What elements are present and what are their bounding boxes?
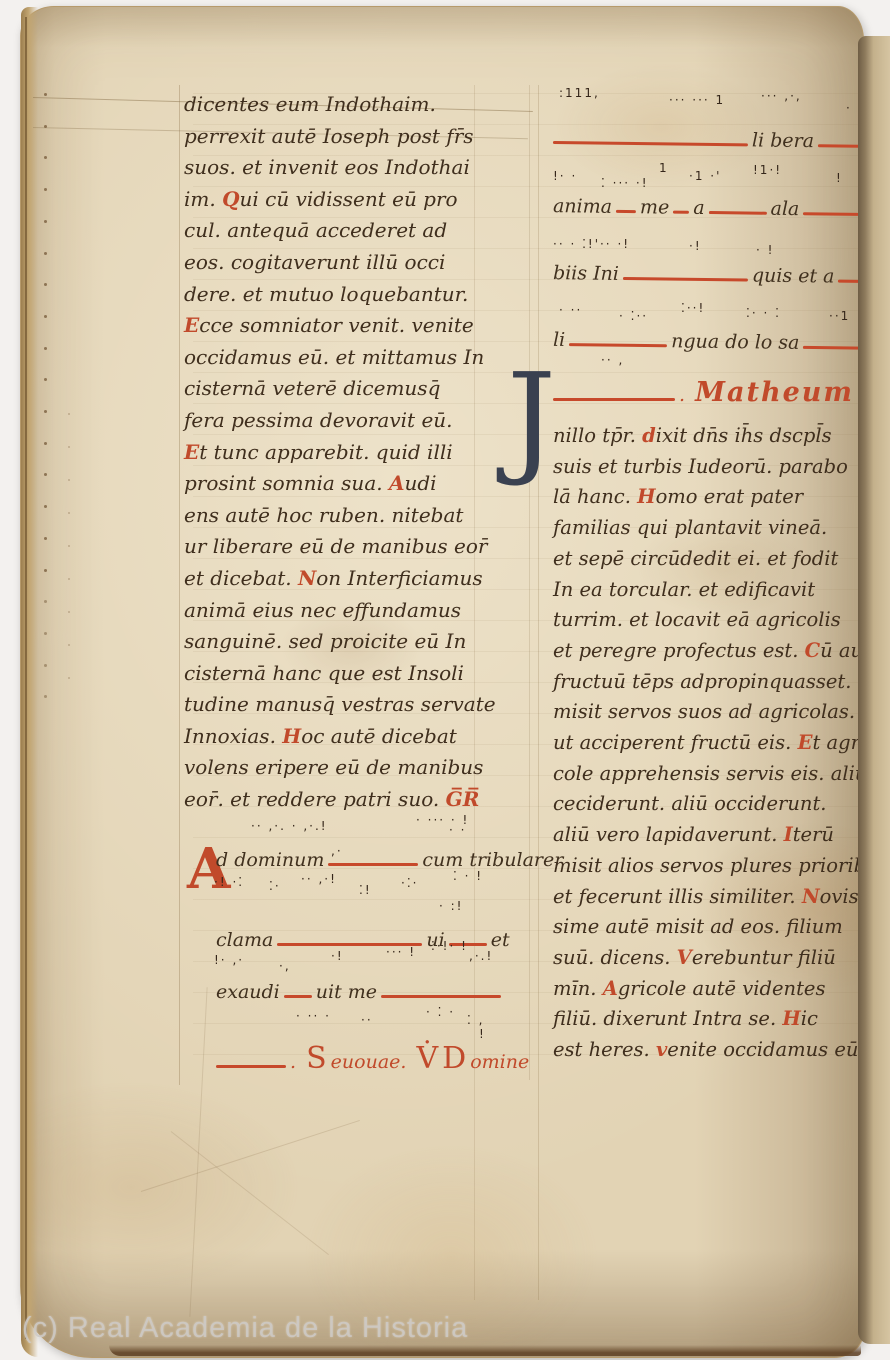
manuscript-text-line: cul. antequā accederet ad — [184, 215, 496, 247]
text-segment: cce somniator venit. venite — [199, 313, 474, 337]
pricking-hole — [44, 695, 47, 698]
chant-syllable: uit me — [316, 981, 377, 1003]
chant-syllable: a — [693, 197, 705, 219]
manuscript-text-line: cole apprehensis servis eis. aliū — [553, 759, 889, 790]
chant-music-line: lingua do lo sa — [551, 329, 890, 355]
neume-cluster: ·⁚· — [401, 876, 418, 890]
pricking-hole — [44, 252, 47, 255]
neume-cluster: ⁚·!· ! — [431, 939, 468, 953]
text-segment: ens autē hoc ruben. nitebat — [184, 503, 463, 527]
neume-cluster: ·· ,·! — [301, 872, 337, 886]
neume-cluster: ⁚ ··· ·! — [601, 176, 649, 190]
pricking-hole — [44, 664, 47, 667]
staff-extender-line — [673, 211, 689, 214]
rubricated-initial: H — [282, 724, 301, 748]
manuscript-text-line: fera pessima devoravit eū. — [184, 405, 496, 437]
rubricated-initial: H — [637, 485, 655, 508]
crease-line — [141, 1120, 360, 1192]
neume-cluster: :111, — [559, 86, 600, 100]
text-segment: omo erat pater — [656, 485, 804, 508]
neume-cluster: · ·· — [559, 303, 582, 317]
staff-extender-line — [328, 863, 418, 866]
neume-cluster: ·· ,·. · ,·.! — [251, 819, 328, 833]
text-segment: fera pessima devoravit eū. — [184, 408, 453, 432]
rubricated-initial: C — [805, 639, 821, 662]
chant-syllable: . — [679, 384, 691, 406]
neume-cluster: ⁚· · ⁚ — [746, 306, 781, 320]
chant-syllable: . — [290, 1051, 302, 1073]
chant-syllable: euouae. — [331, 1051, 413, 1073]
pricking-hole — [44, 600, 47, 603]
neume-cluster: ! — [479, 1027, 486, 1041]
pricking-hole — [44, 315, 47, 318]
manuscript-text-line: perrexit autē Ioseph post fr̄s — [184, 121, 496, 153]
text-segment: on Interficiamus — [316, 566, 482, 590]
neume-cluster: ! — [836, 171, 843, 185]
text-segment: animā eius nec effundamus — [184, 598, 461, 622]
neume-cluster: 1 — [659, 161, 669, 175]
rubricated-initial: Q — [222, 187, 239, 211]
pricking-hole — [68, 578, 70, 580]
chant-syllable: S — [306, 1041, 327, 1076]
neume-cluster: ·· · ⁚!'·· ·! — [553, 237, 630, 251]
manuscript-text-line: et fecerunt illis similiter. Novis — [553, 882, 889, 913]
text-segment: sime autē misit ad eos. filium — [553, 915, 843, 938]
manuscript-text-line: et dicebat. Non Interficiamus — [184, 563, 496, 595]
manuscript-text-line: dicentes eum Indothaim. — [184, 89, 496, 121]
text-segment: suos. et invenit eos Indothai — [184, 155, 470, 179]
pricking-hole — [44, 347, 47, 350]
pricking-hole — [44, 188, 47, 191]
text-segment: turrim. et locavit eā agricolis — [553, 608, 841, 631]
chant-music-line: biis Iniquis et a — [551, 262, 863, 288]
column-rule-left — [179, 85, 180, 1085]
manuscript-text-line: mīn. Agricole autē videntes — [553, 974, 889, 1005]
neume-cluster: ·1 ·' — [689, 169, 721, 183]
text-segment: ovis — [820, 885, 859, 908]
text-segment: cisternā hanc que est Insoli — [184, 661, 464, 685]
manuscript-text-line: occidamus eū. et mittamus In — [184, 342, 496, 374]
rubricated-initial: V — [677, 946, 692, 969]
chant-syllable: omine — [470, 1051, 529, 1073]
text-segment: suis et turbis Iudeorū. parabo — [553, 455, 848, 478]
manuscript-text-line: suū. dicens. Verebuntur filiū — [553, 943, 889, 974]
pricking-hole — [44, 569, 47, 572]
neume-cluster: ·· — [361, 1013, 373, 1027]
text-segment: enite occidamus eū. — [667, 1038, 864, 1061]
rubricated-initial: E — [184, 440, 199, 464]
manuscript-text-line: cisternā hanc que est Insoli — [184, 658, 496, 690]
text-segment: t tunc apparebit. quid illi — [199, 440, 452, 464]
neume-cluster: · ·· · — [296, 1009, 331, 1023]
chant-music-line: . Seuouae. V̇Domine — [214, 1041, 531, 1076]
text-segment: lā hanc. — [553, 485, 637, 508]
gospel-initial-j: J — [507, 357, 556, 479]
chant-music-line: d dominumcum tribularer — [214, 849, 565, 871]
neume-cluster: ·! — [689, 239, 702, 253]
manuscript-text-line: aliū vero lapidaverunt. Iterū — [553, 820, 889, 851]
text-segment: mīn. — [553, 977, 603, 1000]
neume-cluster: ·, — [279, 959, 291, 973]
chant-syllable: exaudi — [216, 981, 280, 1003]
text-segment: volens eripere eū de manibus — [184, 755, 483, 779]
text-segment: oc autē dicebat — [301, 724, 457, 748]
manuscript-text-line: ur liberare eū de manibus eor̄ — [184, 531, 496, 563]
neume-cluster: ⁚! — [359, 883, 372, 897]
text-segment: ut acciperent fructū eis. — [553, 731, 798, 754]
manuscript-text-line: eor̄. et reddere patri suo. G̅R̅ — [184, 784, 496, 816]
manuscript-text-line: misit servos suos ad agricolas. — [553, 697, 889, 728]
chant-music-line: animameaala — [551, 195, 862, 221]
staff-extender-line — [381, 995, 501, 998]
staff-extender-line — [569, 343, 667, 347]
manuscript-text-line: Innoxias. Hoc autē dicebat — [184, 721, 496, 753]
neume-cluster: ·! ·⁚ — [214, 875, 244, 889]
manuscript-text-line: prosint somnia sua. Audi — [184, 468, 496, 500]
neume-cluster: ··1 — [829, 309, 850, 323]
manuscript-text-line: familias qui plantavit vineā. — [553, 513, 889, 544]
chant-syllable: et — [491, 929, 510, 951]
rubricated-initial: A — [603, 977, 618, 1000]
rubricated-initial: d — [642, 424, 656, 447]
text-segment: aliū vero lapidaverunt. — [553, 823, 784, 846]
text-segment: ui cū vidissent eū pro — [240, 187, 458, 211]
pricking-hole — [68, 644, 70, 646]
neume-cluster: · ⁚ · — [426, 1005, 455, 1019]
neume-cluster: ,· — [331, 844, 343, 858]
rubricated-initial: E — [184, 313, 199, 337]
manuscript-page: dicentes eum Indothaim.perrexit autē Ios… — [20, 6, 864, 1358]
pricking-hole — [68, 677, 70, 679]
text-segment: cisternā veterē dicemusq̄ — [184, 376, 440, 400]
manuscript-text-line: filiū. dixerunt Intra se. Hic — [553, 1004, 889, 1035]
text-segment: ceciderunt. aliū occiderunt. — [553, 792, 827, 815]
text-segment: et peregre profectus est. — [553, 639, 805, 662]
manuscript-text-line: est heres. venite occidamus eū. — [553, 1035, 889, 1066]
staff-extender-line — [284, 995, 312, 998]
text-segment: fructuū tēps adpropinquasset. — [553, 670, 851, 693]
neume-cluster: · ! — [756, 243, 774, 257]
neume-cluster: ··· ! — [386, 945, 416, 959]
neume-cluster: ··· ,·, — [761, 89, 802, 103]
manuscript-text-line: im. Qui cū vidissent eū pro — [184, 184, 496, 216]
text-segment: ixit dn̄s ih̄s dscpl̄s — [656, 424, 832, 447]
manuscript-text-line: Ecce somniator venit. venite — [184, 310, 496, 342]
chant-syllable: d dominum — [216, 849, 324, 871]
staff-extender-line — [553, 398, 675, 401]
text-segment: misit alios servos plures prioribus — [553, 854, 889, 877]
manuscript-text-line: turrim. et locavit eā agricolis — [553, 605, 889, 636]
book-fore-edge — [21, 7, 38, 1357]
crease-line — [189, 987, 207, 1317]
manuscript-text-line: et sepē circūdedit ei. et fodit — [553, 544, 889, 575]
rubricated-initial: H — [782, 1007, 800, 1030]
left-column-text: dicentes eum Indothaim.perrexit autē Ios… — [184, 89, 496, 816]
manuscript-text-line: dere. et mutuo loquebantur. — [184, 279, 496, 311]
text-segment: occidamus eū. et mittamus In — [184, 345, 484, 369]
manuscript-text-line: sanguinē. sed proicite eū In — [184, 626, 496, 658]
manuscript-text-line: nillo tp̄r. dixit dn̄s ih̄s dscpl̄s — [553, 421, 889, 452]
rubricated-initial: G̅R̅ — [446, 787, 480, 811]
copyright-watermark: (c) Real Academia de la Historia — [22, 1312, 468, 1345]
neume-cluster: !1·! — [753, 163, 782, 177]
manuscript-text-line: ut acciperent fructū eis. Et agri — [553, 728, 889, 759]
book-fore-edge-line — [25, 17, 27, 1339]
manuscript-text-line: volens eripere eū de manibus — [184, 752, 496, 784]
text-segment: cul. antequā accederet ad — [184, 218, 447, 242]
chant-syllable: quis et a — [752, 265, 835, 288]
gospel-rubric: Matheum — [695, 377, 854, 408]
manuscript-text-line: et peregre profectus est. Cū autē — [553, 636, 889, 667]
neume-cluster: · ⁚·· — [619, 309, 648, 323]
text-segment: et fecerunt illis similiter. — [553, 885, 802, 908]
pricking-hole — [44, 632, 47, 635]
manuscript-text-line: ens autē hoc ruben. nitebat — [184, 500, 496, 532]
text-segment: misit servos suos ad agricolas. — [553, 700, 855, 723]
text-segment: perrexit autē Ioseph post fr̄s — [184, 124, 474, 148]
scan-background: { "watermark": "(c) Real Academia de la … — [0, 0, 890, 1360]
neume-cluster: ··· ··· 1 — [669, 93, 725, 107]
next-page-edge — [858, 36, 890, 1344]
neume-cluster: ·· , — [601, 353, 624, 367]
text-segment: tudine manusq̄ vestras servate — [184, 692, 496, 716]
text-segment: udi — [404, 471, 436, 495]
manuscript-text-line: fructuū tēps adpropinquasset. — [553, 667, 889, 698]
rubricated-initial: N — [298, 566, 316, 590]
pricking-hole — [68, 413, 70, 415]
text-segment: et sepē circūdedit ei. et fodit — [553, 547, 838, 570]
pricking-hole — [44, 156, 47, 159]
column-rule-left-right — [529, 85, 530, 1080]
text-segment: cole apprehensis servis eis. aliū — [553, 762, 867, 785]
manuscript-text-line: cisternā veterē dicemusq̄ — [184, 373, 496, 405]
text-segment: gricole autē videntes — [618, 977, 826, 1000]
text-segment: Innoxias. — [184, 724, 282, 748]
neume-cluster: !· · — [553, 169, 577, 183]
pricking-hole — [68, 545, 70, 547]
pricking-hole — [44, 442, 47, 445]
manuscript-text-line: Et tunc apparebit. quid illi — [184, 437, 496, 469]
neume-cluster: · ··· · ! — [416, 813, 469, 827]
chant-syllable: ala — [770, 198, 799, 220]
chant-syllable: li bera — [752, 129, 814, 152]
pricking-hole — [44, 220, 47, 223]
chant-syllable: D — [442, 1041, 466, 1076]
pricking-hole — [44, 93, 47, 96]
text-segment: eos. cogitaverunt illū occi — [184, 250, 445, 274]
text-segment: familias qui plantavit vineā. — [553, 516, 827, 539]
neume-cluster: ,·.! — [469, 949, 493, 963]
staff-extender-line — [803, 212, 859, 216]
neume-cluster: ⁚ · ! — [453, 869, 483, 883]
manuscript-text-line: sime autē misit ad eos. filium — [553, 912, 889, 943]
pricking-hole — [44, 125, 47, 128]
text-segment: prosint somnia sua. — [184, 471, 389, 495]
text-segment: nillo tp̄r. — [553, 424, 642, 447]
manuscript-text-line: tudine manusq̄ vestras servate — [184, 689, 496, 721]
chant-music-line: li bera — [551, 127, 882, 153]
pricking-hole — [44, 473, 47, 476]
neume-cluster: · — [846, 101, 852, 115]
chant-syllable: cum tribularer — [422, 849, 563, 871]
neume-cluster: ⁚ , — [467, 1013, 484, 1027]
manuscript-text-line: misit alios servos plures prioribus — [553, 851, 889, 882]
rubricated-initial: v — [656, 1038, 667, 1061]
pricking-hole — [44, 410, 47, 413]
pricking-hole — [68, 512, 70, 514]
right-column-text: nillo tp̄r. dixit dn̄s ih̄s dscpl̄ssuis … — [553, 421, 889, 1066]
text-segment: et dicebat. — [184, 566, 298, 590]
pricking-hole — [44, 537, 47, 540]
text-segment: im. — [184, 187, 222, 211]
gutter-rule-b — [538, 85, 539, 1300]
pricking-hole — [44, 378, 47, 381]
chant-syllable: ngua do lo sa — [671, 330, 800, 354]
text-segment: ic — [801, 1007, 818, 1030]
neume-cluster: ⁚· — [269, 879, 281, 893]
chant-syllable: clama — [216, 929, 273, 951]
chant-music-line: . Matheum — [551, 377, 856, 408]
pricking-hole — [68, 479, 70, 481]
manuscript-text-line: lā hanc. Homo erat pater — [553, 482, 889, 513]
page-bottom-edge — [109, 1345, 861, 1356]
chant-syllable: biis Ini — [553, 262, 619, 285]
pricking-hole — [68, 611, 70, 613]
staff-extender-line — [553, 141, 748, 146]
neume-cluster: ⁚··! — [681, 301, 705, 315]
text-segment: erebuntur filiū — [692, 946, 836, 969]
chant-syllable: anima — [553, 195, 612, 218]
neume-cluster: !· ,· — [214, 953, 244, 967]
pricking-hole — [68, 446, 70, 448]
rubricated-initial: E — [798, 731, 813, 754]
text-segment: In ea torcular. et edificavit — [553, 578, 815, 601]
text-segment: terū — [793, 823, 834, 846]
manuscript-text-line: suis et turbis Iudeorū. parabo — [553, 452, 889, 483]
manuscript-text-line: ceciderunt. aliū occiderunt. — [553, 789, 889, 820]
pricking-hole — [44, 283, 47, 286]
manuscript-text-line: In ea torcular. et edificavit — [553, 575, 889, 606]
neume-cluster: ·! — [331, 949, 344, 963]
text-segment: dicentes eum Indothaim. — [184, 92, 436, 116]
rubricated-initial: A — [389, 471, 405, 495]
chant-music-line: exaudiuit me — [214, 981, 503, 1003]
text-segment: sanguinē. sed proicite eū In — [184, 629, 466, 653]
manuscript-text-line: eos. cogitaverunt illū occi — [184, 247, 496, 279]
text-segment: dere. et mutuo loquebantur. — [184, 282, 468, 306]
staff-extender-line — [709, 211, 767, 215]
text-segment: filiū. dixerunt Intra se. — [553, 1007, 782, 1030]
text-segment: eor̄. et reddere patri suo. — [184, 787, 446, 811]
rubricated-initial: N — [802, 885, 820, 908]
text-segment: est heres. — [553, 1038, 656, 1061]
text-segment: suū. dicens. — [553, 946, 677, 969]
manuscript-text-line: animā eius nec effundamus — [184, 595, 496, 627]
rubricated-initial: I — [784, 823, 793, 846]
manuscript-text-line: suos. et invenit eos Indothai — [184, 152, 496, 184]
staff-extender-line — [623, 277, 748, 282]
neume-cluster: · :! — [439, 899, 463, 913]
text-segment: ur liberare eū de manibus eor̄ — [184, 534, 487, 558]
pricking-hole — [44, 505, 47, 508]
staff-extender-line — [616, 210, 636, 213]
chant-syllable: li — [553, 329, 565, 351]
staff-extender-line — [216, 1065, 286, 1068]
chant-syllable: me — [640, 196, 670, 218]
chant-syllable: V̇ — [416, 1041, 438, 1076]
